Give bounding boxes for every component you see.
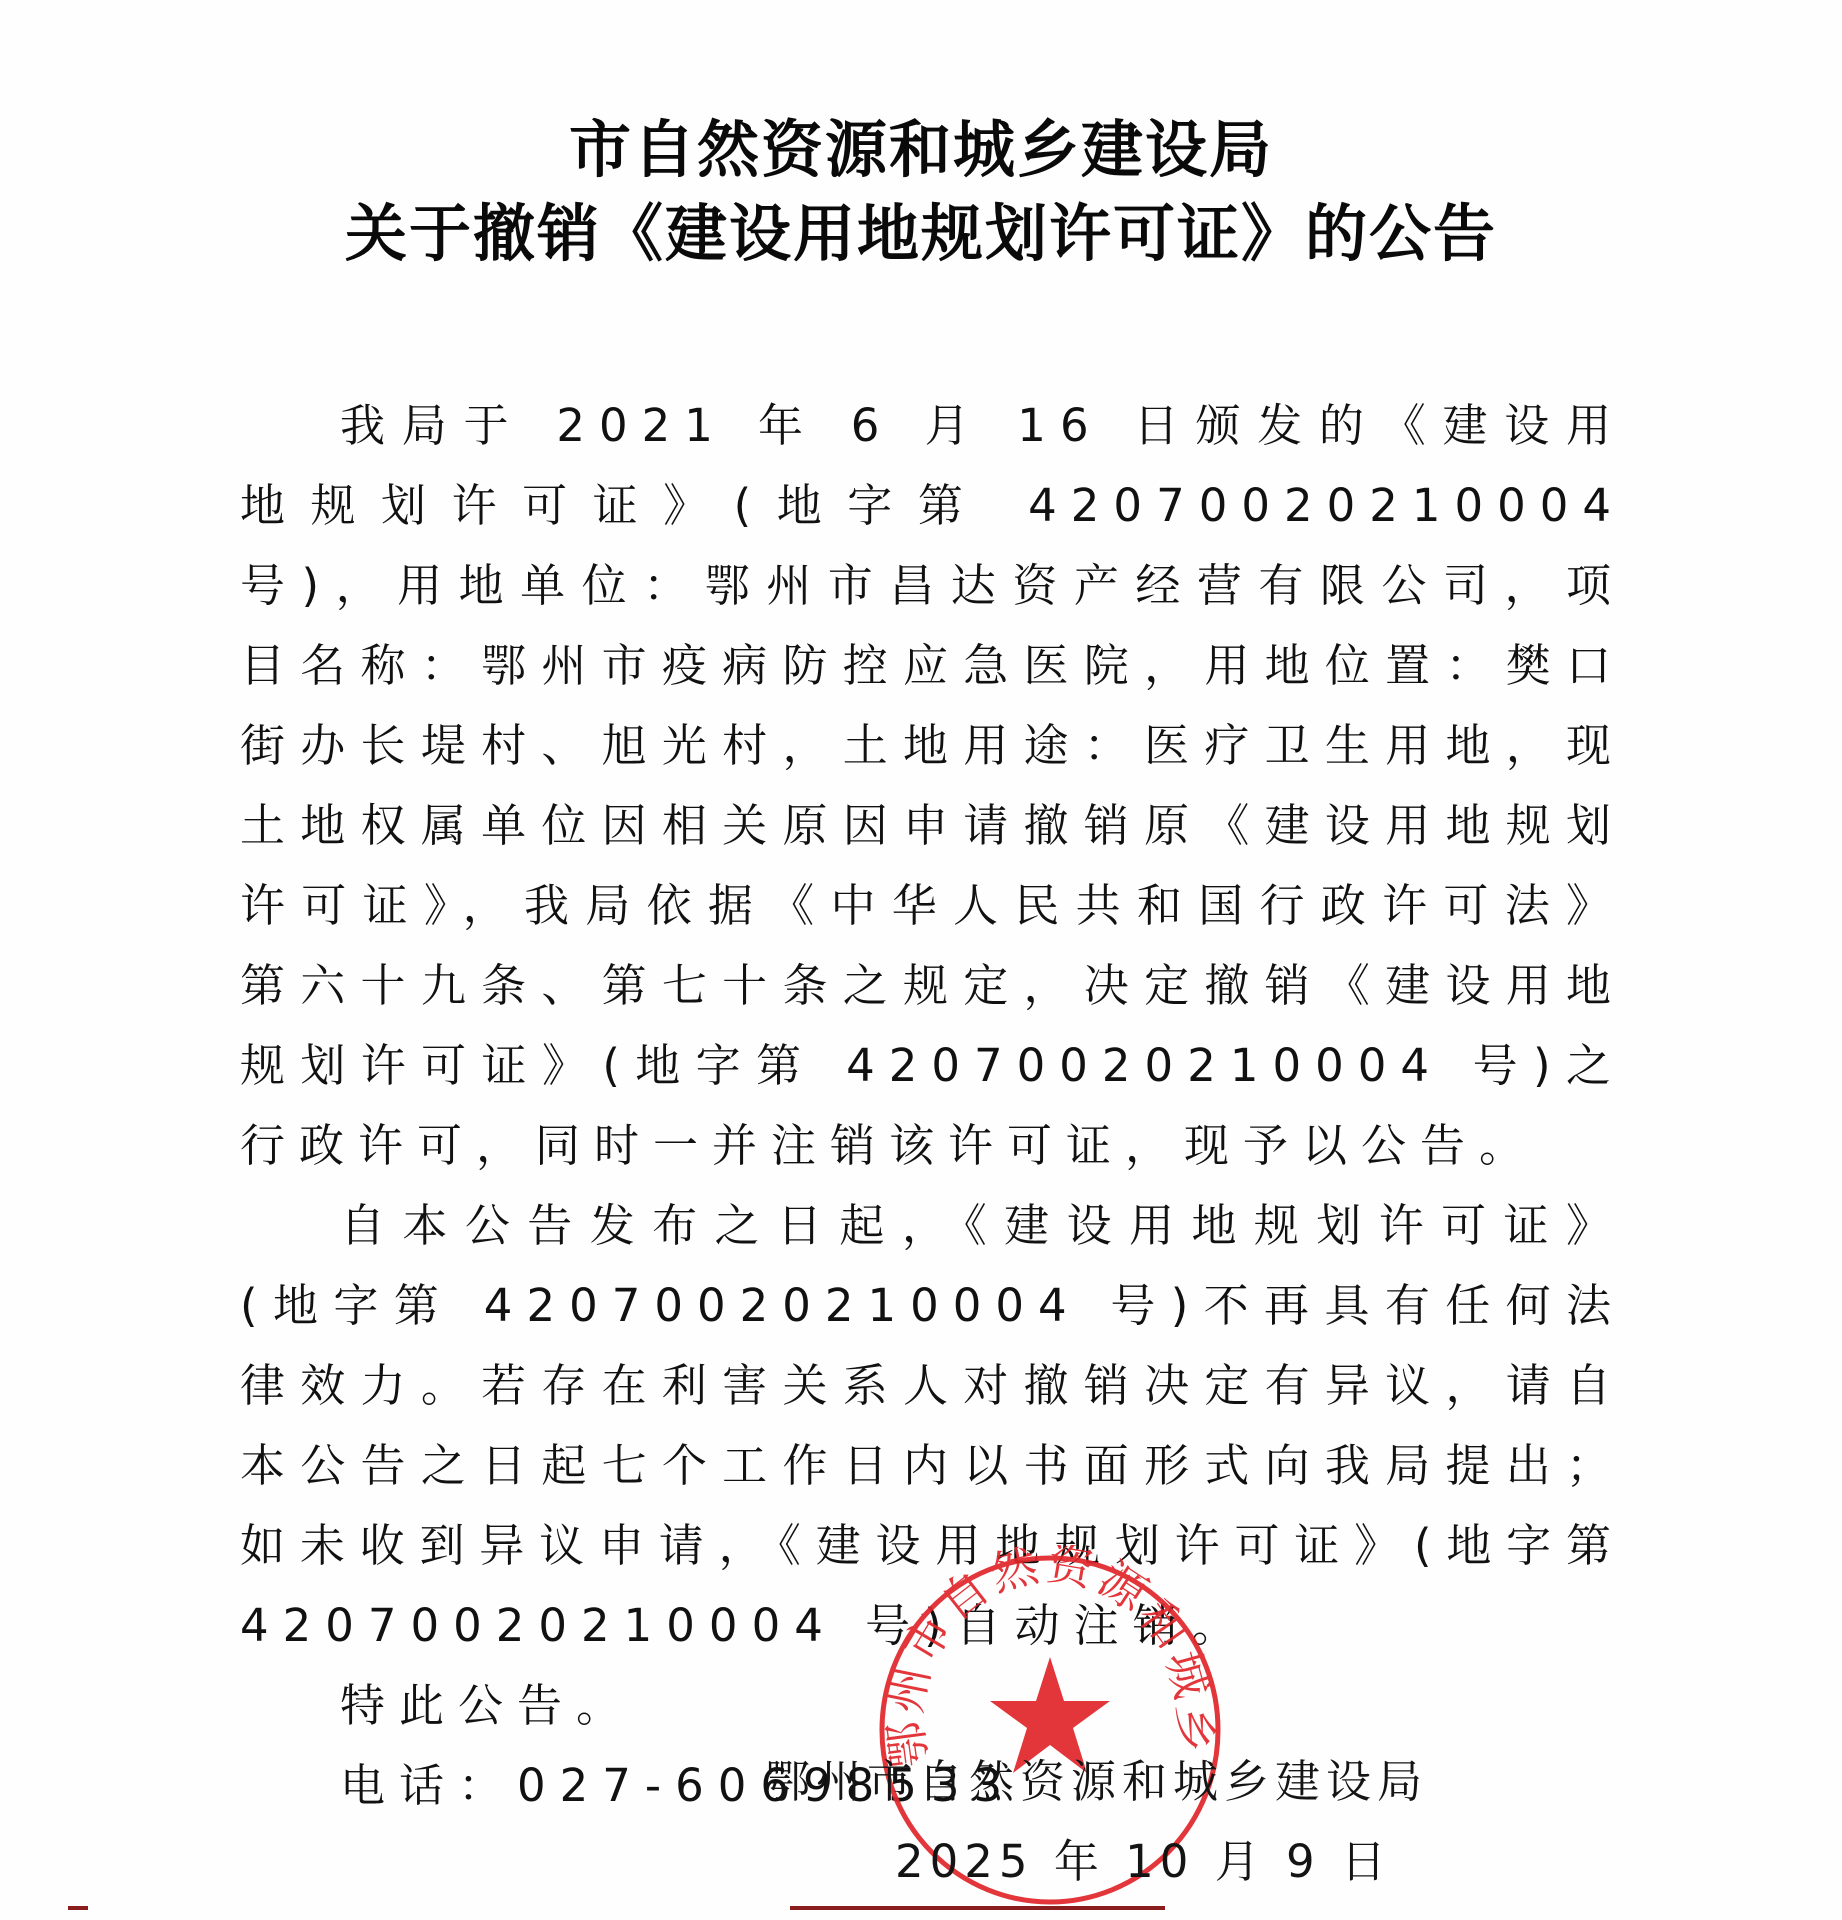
announcement-page: 市自然资源和城乡建设局 关于撤销《建设用地规划许可证》的公告 我局于 2021 …: [0, 0, 1842, 1920]
title-line-1: 市自然资源和城乡建设局: [0, 108, 1842, 192]
issue-date: 2025 年 10 月 9 日: [765, 1822, 1428, 1902]
paragraph-revocation-details: 我局于 2021 年 6 月 16 日颁发的《建设用地规划许可证》(地字第 42…: [240, 386, 1625, 1186]
footer-rule-center: [790, 1906, 1165, 1910]
document-title: 市自然资源和城乡建设局 关于撤销《建设用地规划许可证》的公告: [0, 108, 1842, 276]
signature-block: 鄂州市自然资源和城乡建设局 2025 年 10 月 9 日: [765, 1742, 1428, 1902]
footer-rule-left: [68, 1906, 88, 1910]
issuer-name: 鄂州市自然资源和城乡建设局: [765, 1742, 1428, 1822]
title-line-2: 关于撤销《建设用地规划许可证》的公告: [0, 192, 1842, 276]
